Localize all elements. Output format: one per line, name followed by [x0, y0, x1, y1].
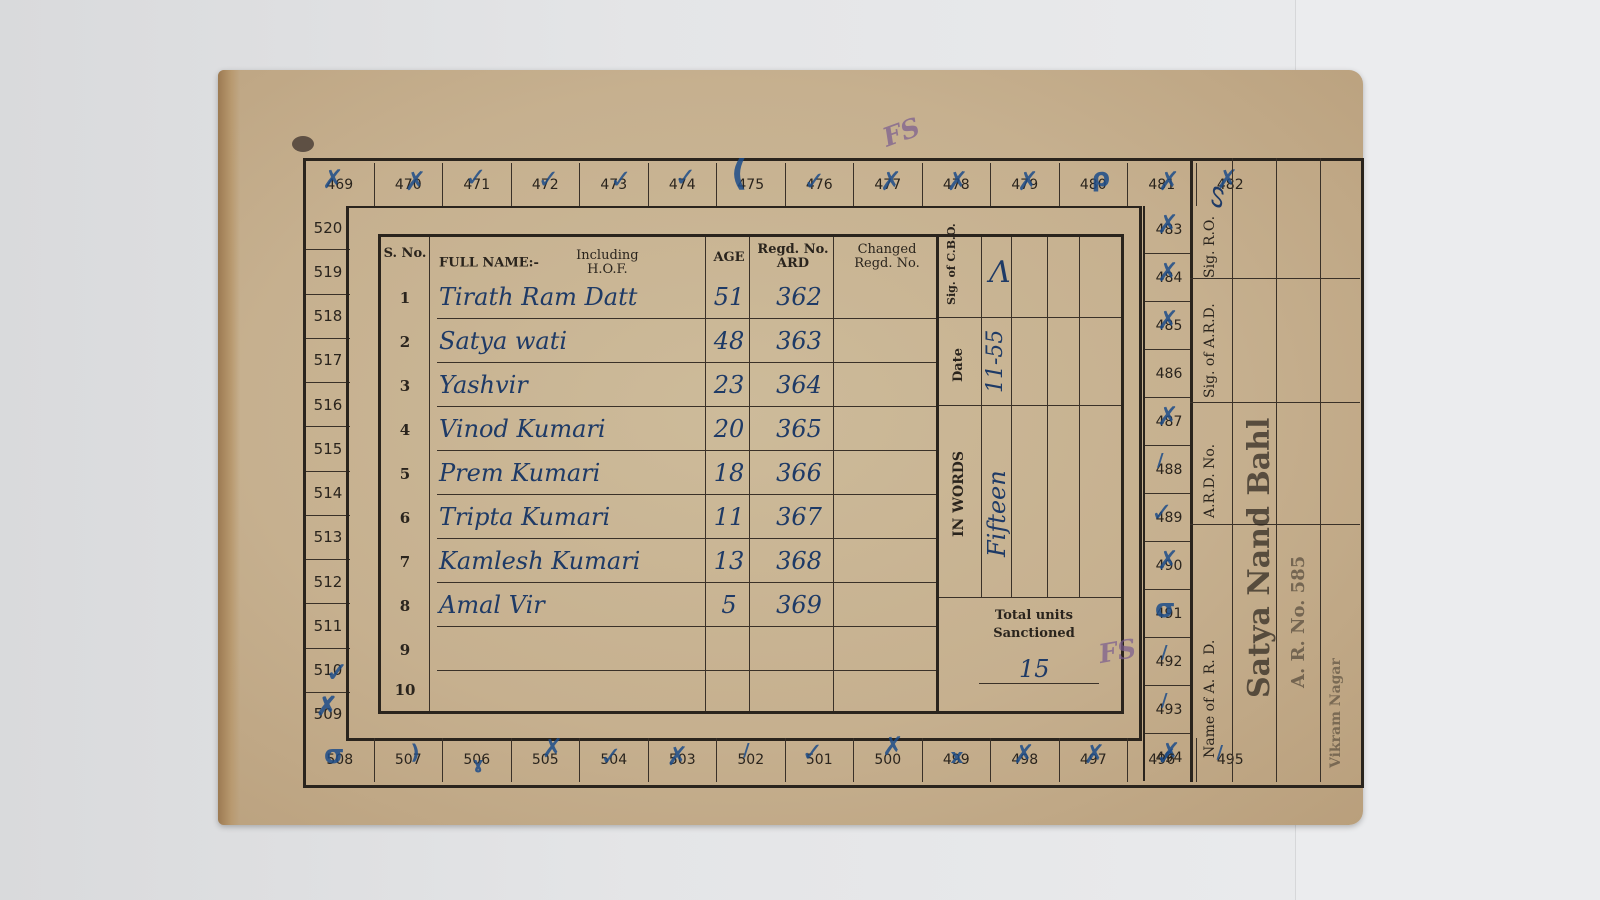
date-value: 11-55: [983, 330, 1008, 393]
total-units-value: 15: [1019, 655, 1050, 683]
strip-cell: 519: [306, 250, 350, 294]
strip-cell: 518: [306, 295, 350, 339]
strip-cell: 501✓: [786, 738, 855, 782]
strip-cell: 517: [306, 339, 350, 383]
member-row: 5 Prem Kumari 18 366: [381, 453, 936, 497]
punch-hole: [292, 136, 314, 152]
strip-cell: 502/: [717, 738, 786, 782]
in-words-label: IN WORDS: [951, 451, 967, 537]
sig-ro-signature: ᔕ: [1199, 185, 1230, 211]
strip-cell: 479✗: [991, 163, 1060, 206]
ard-section: Sig. R.O. ᔕ Sig. of A.R.D. A.R.D. No. Na…: [1190, 158, 1360, 782]
strip-cell: 510: [306, 649, 350, 693]
sig-cbo-signature: Λ: [989, 255, 1011, 290]
strip-cell: 486: [1145, 350, 1193, 398]
member-row: 7 Kamlesh Kumari 13 368: [381, 541, 936, 585]
member-row: 6 Tripta Kumari 11 367: [381, 497, 936, 541]
strip-cell: 472✓: [512, 163, 581, 206]
strip-cell: 512: [306, 560, 350, 604]
member-row: 3 Yashvir 23 364: [381, 365, 936, 409]
members-list: S. No. FULL NAME:- Including H.O.F. AGE …: [381, 237, 936, 711]
strip-cell: 484✗: [1145, 254, 1193, 302]
strip-cell: 489✓: [1145, 494, 1193, 542]
member-row: 1 Tirath Ram Datt 51 362: [381, 277, 936, 321]
strip-cell: 481✗: [1128, 163, 1197, 206]
member-row: 8 Amal Vir 5 369: [381, 585, 936, 629]
strip-cell: 471✓: [443, 163, 512, 206]
strip-cell: 473✓: [580, 163, 649, 206]
strip-cell: 469✗: [306, 163, 375, 206]
sig-ro-label: Sig. R.O.: [1202, 216, 1218, 278]
strip-cell: 513: [306, 516, 350, 560]
strip-cell: 496✓: [1128, 738, 1197, 782]
strip-cell: 508σ: [306, 738, 375, 782]
sanction-panel: Sig. of C.B.O. Λ Date 11-55 IN WORDS Fif…: [936, 237, 1121, 711]
strip-cell: 511: [306, 604, 350, 648]
strip-cell: 515: [306, 427, 350, 471]
strip-cell: 505✗: [512, 738, 581, 782]
pencil-annotation-top: FS: [879, 113, 924, 154]
pencil-annotation-bottom: FS: [1097, 634, 1139, 670]
strip-cell: 506ɣ: [443, 738, 512, 782]
ard-place-stamp: Vikram Nagar: [1328, 658, 1344, 768]
strip-cell: 478✗: [923, 163, 992, 206]
strip-cell: 497✗: [1060, 738, 1129, 782]
strip-cell: 476✓: [786, 163, 855, 206]
date-label: Date: [951, 348, 966, 382]
strip-cell: 485✗: [1145, 302, 1193, 350]
sig-cbo-label: Sig. of C.B.O.: [945, 223, 958, 305]
left-number-strip: 520 519 518 517 516 515 514 513 512 511 …: [306, 206, 350, 736]
members-table: S. No. FULL NAME:- Including H.O.F. AGE …: [378, 234, 1124, 714]
strip-cell: 498✗: [991, 738, 1060, 782]
total-units-label: Total units Sanctioned: [979, 607, 1089, 643]
strip-cell: 520: [306, 206, 350, 250]
ration-card: FS 469✗ 470✗ 471✓ 472✓ 473✓ 474✓ 475( 47…: [218, 70, 1363, 825]
ard-name-stamp: Satya Nand Bahl: [1242, 418, 1277, 698]
ard-number-stamp: A. R. No. 585: [1288, 556, 1309, 688]
member-row: 9: [381, 629, 936, 673]
strip-cell: 507): [375, 738, 444, 782]
ard-no-label: A.R.D. No.: [1202, 444, 1218, 518]
member-row: 10: [381, 669, 936, 713]
strip-cell: 480ρ: [1060, 163, 1129, 206]
strip-cell: 475(: [717, 163, 786, 206]
strip-cell: 490✗: [1145, 542, 1193, 590]
member-row: 2 Satya wati 48 363: [381, 321, 936, 365]
member-row: 4 Vinod Kumari 20 365: [381, 409, 936, 453]
strip-cell: 492/: [1145, 638, 1193, 686]
in-words-value: Fifteen: [983, 470, 1011, 557]
strip-cell: 500✗: [854, 738, 923, 782]
strip-cell: 493/: [1145, 686, 1193, 734]
strip-cell: 470✗: [375, 163, 444, 206]
right-number-strip: 483✗ 484✗ 485✗ 486 487✗ 488/ 489✓ 490✗ 4…: [1143, 206, 1193, 781]
strip-cell: 504✓: [580, 738, 649, 782]
name-ard-label: Name of A. R. D.: [1202, 640, 1218, 758]
strip-cell: 488/: [1145, 446, 1193, 494]
strip-cell: 503✗: [649, 738, 718, 782]
strip-cell: 516: [306, 383, 350, 427]
sig-ard-label: Sig. of A.R.D.: [1202, 303, 1218, 398]
strip-cell: 474✓: [649, 163, 718, 206]
strip-cell: 499x: [923, 738, 992, 782]
strip-cell: 487✗: [1145, 398, 1193, 446]
strip-cell: 491σ: [1145, 590, 1193, 638]
strip-cell: 514: [306, 472, 350, 516]
strip-cell: 509: [306, 693, 350, 736]
strip-cell: 483✗: [1145, 206, 1193, 254]
strip-cell: 477✗: [854, 163, 923, 206]
